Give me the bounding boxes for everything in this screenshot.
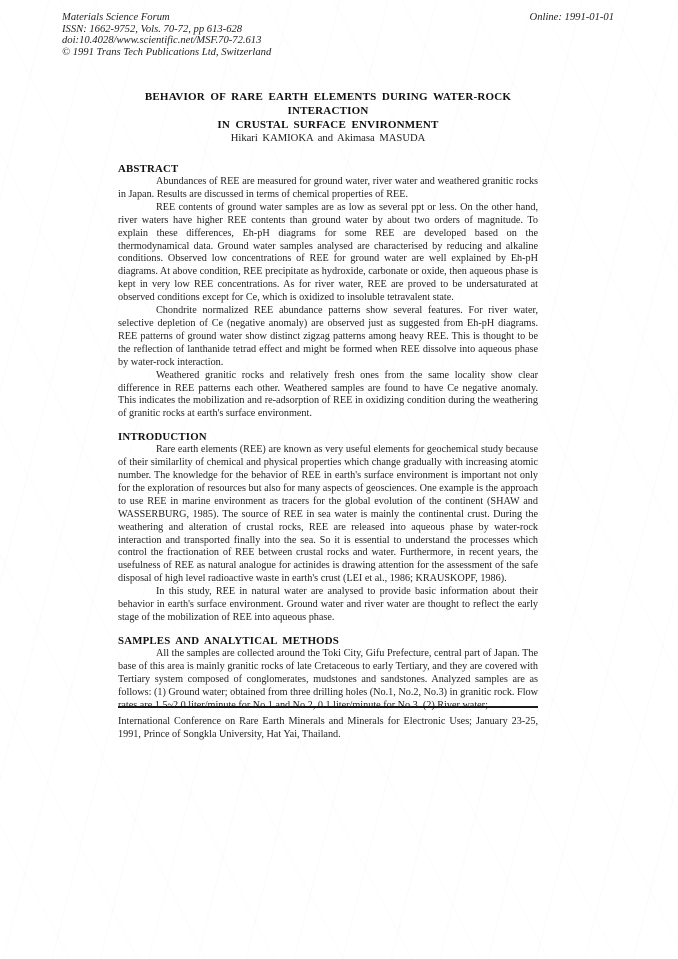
samples-methods-heading: SAMPLES AND ANALYTICAL METHODS [118,635,538,648]
article-title-line-1: BEHAVIOR OF RARE EARTH ELEMENTS DURING W… [118,90,538,118]
section-abstract: ABSTRACT Abundances of REE are measured … [118,163,538,421]
authors-line: Hikari KAMIOKA and Akimasa MASUDA [118,132,538,146]
abstract-para-1: Abundances of REE are measured for groun… [118,176,538,202]
abstract-para-4: Weathered granitic rocks and relatively … [118,370,538,422]
copyright-line: © 1991 Trans Tech Publications Ltd, Swit… [62,47,271,59]
article-title-line-2: IN CRUSTAL SURFACE ENVIRONMENT [118,118,538,132]
scanned-paper-page: Materials Science Forum ISSN: 1662-9752,… [0,0,678,959]
section-samples-methods: SAMPLES AND ANALYTICAL METHODS All the s… [118,635,538,713]
publisher-header: Materials Science Forum ISSN: 1662-9752,… [62,12,614,58]
issn-volume-pages: ISSN: 1662-9752, Vols. 70-72, pp 613-628 [62,24,271,36]
article-body: BEHAVIOR OF RARE EARTH ELEMENTS DURING W… [118,90,538,712]
publisher-header-right: Online: 1991-01-01 [530,12,614,24]
conference-footnote: International Conference on Rare Earth M… [118,706,538,742]
introduction-para-2: In this study, REE in natural water are … [118,586,538,625]
online-date: Online: 1991-01-01 [530,12,614,24]
samples-methods-para-1: All the samples are collected around the… [118,648,538,713]
conference-footnote-text: International Conference on Rare Earth M… [118,715,538,742]
publisher-header-left: Materials Science Forum ISSN: 1662-9752,… [62,12,271,58]
introduction-para-1: Rare earth elements (REE) are known as v… [118,444,538,586]
footnote-divider [118,706,538,708]
abstract-heading: ABSTRACT [118,163,538,176]
abstract-para-3: Chondrite normalized REE abundance patte… [118,305,538,370]
section-introduction: INTRODUCTION Rare earth elements (REE) a… [118,431,538,625]
journal-name: Materials Science Forum [62,12,271,24]
abstract-para-2: REE contents of ground water samples are… [118,202,538,305]
introduction-heading: INTRODUCTION [118,431,538,444]
title-block: BEHAVIOR OF RARE EARTH ELEMENTS DURING W… [118,90,538,146]
doi-line: doi:10.4028/www.scientific.net/MSF.70-72… [62,35,271,47]
